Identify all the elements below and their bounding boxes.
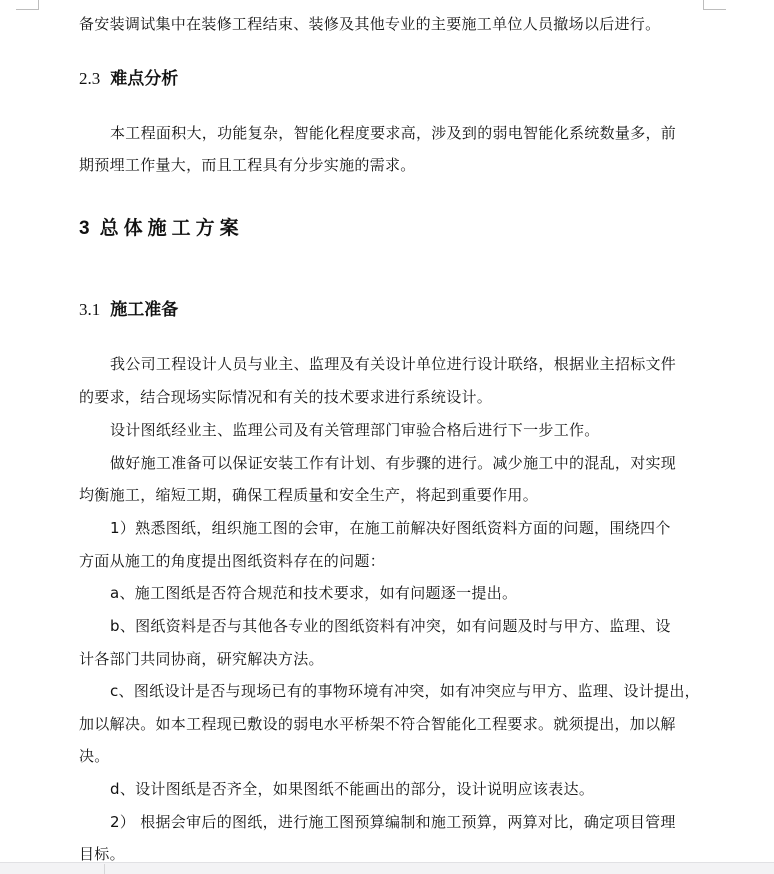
paragraph-line: 决。 — [79, 746, 110, 766]
paragraph-line: 做好施工准备可以保证安装工作有计划、有步骤的进行。减少施工中的混乱，对实现 — [110, 453, 676, 473]
status-bar — [0, 862, 774, 874]
paragraph-line: 期预埋工作量大，而且工程具有分步实施的需求。 — [79, 155, 416, 175]
paragraph-line: 方面从施工的角度提出图纸资料存在的问题： — [79, 551, 385, 571]
paragraph-line: c、图纸设计是否与现场已有的事物环境有冲突，如有冲突应与甲方、监理、设计提出， — [110, 681, 700, 701]
paragraph-line: 的要求，结合现场实际情况和有关的技术要求进行系统设计。 — [79, 387, 492, 407]
document-page[interactable]: 备安装调试集中在装修工程结束、装修及其他专业的主要施工单位人员撤场以后进行。 2… — [0, 0, 774, 862]
heading-2-3: 2.3难点分析 — [79, 68, 178, 90]
heading-3: 3总体施工方案 — [79, 216, 244, 241]
paragraph-line: 我公司工程设计人员与业主、监理及有关设计单位进行设计联络，根据业主招标文件 — [110, 354, 676, 374]
heading-title: 总体施工方案 — [100, 217, 244, 239]
heading-number: 3 — [79, 218, 90, 239]
heading-title: 施工准备 — [110, 300, 178, 320]
heading-number: 3.1 — [79, 300, 100, 319]
heading-3-1: 3.1施工准备 — [79, 299, 178, 321]
paragraph-line: 备安装调试集中在装修工程结束、装修及其他专业的主要施工单位人员撤场以后进行。 — [79, 14, 660, 34]
paragraph-line: 设计图纸经业主、监理公司及有关管理部门审验合格后进行下一步工作。 — [110, 420, 600, 440]
paragraph-line: d、设计图纸是否齐全，如果图纸不能画出的部分，设计说明应该表达。 — [110, 779, 594, 799]
paragraph-line: 均衡施工，缩短工期，确保工程质量和安全生产，将起到重要作用。 — [79, 485, 538, 505]
heading-number: 2.3 — [79, 69, 100, 88]
paragraph-line: b、图纸资料是否与其他各专业的图纸资料有冲突，如有问题及时与甲方、监理、设 — [110, 616, 671, 636]
paragraph-line: 本工程面积大，功能复杂，智能化程度要求高，涉及到的弱电智能化系统数量多，前 — [110, 123, 676, 143]
margin-corner-mark-top-left — [16, 0, 39, 10]
paragraph-line: 1）熟悉图纸，组织施工图的会审，在施工前解决好图纸资料方面的问题，围绕四个 — [110, 518, 671, 538]
paragraph-line: 计各部门共同协商，研究解决方法。 — [79, 649, 324, 669]
paragraph-line: 加以解决。如本工程现已敷设的弱电水平桥架不符合智能化工程要求。就须提出，加以解 — [79, 714, 676, 734]
status-bar-divider — [104, 864, 105, 874]
paragraph-line: a、施工图纸是否符合规范和技术要求，如有问题逐一提出。 — [110, 583, 517, 603]
margin-corner-mark-top-right — [703, 0, 726, 10]
paragraph-line: 目标。 — [79, 844, 125, 864]
status-bar-text — [2, 865, 5, 874]
paragraph-line: 2） 根据会审后的图纸，进行施工图预算编制和施工预算，两算对比，确定项目管理 — [110, 812, 676, 832]
heading-title: 难点分析 — [110, 69, 178, 89]
